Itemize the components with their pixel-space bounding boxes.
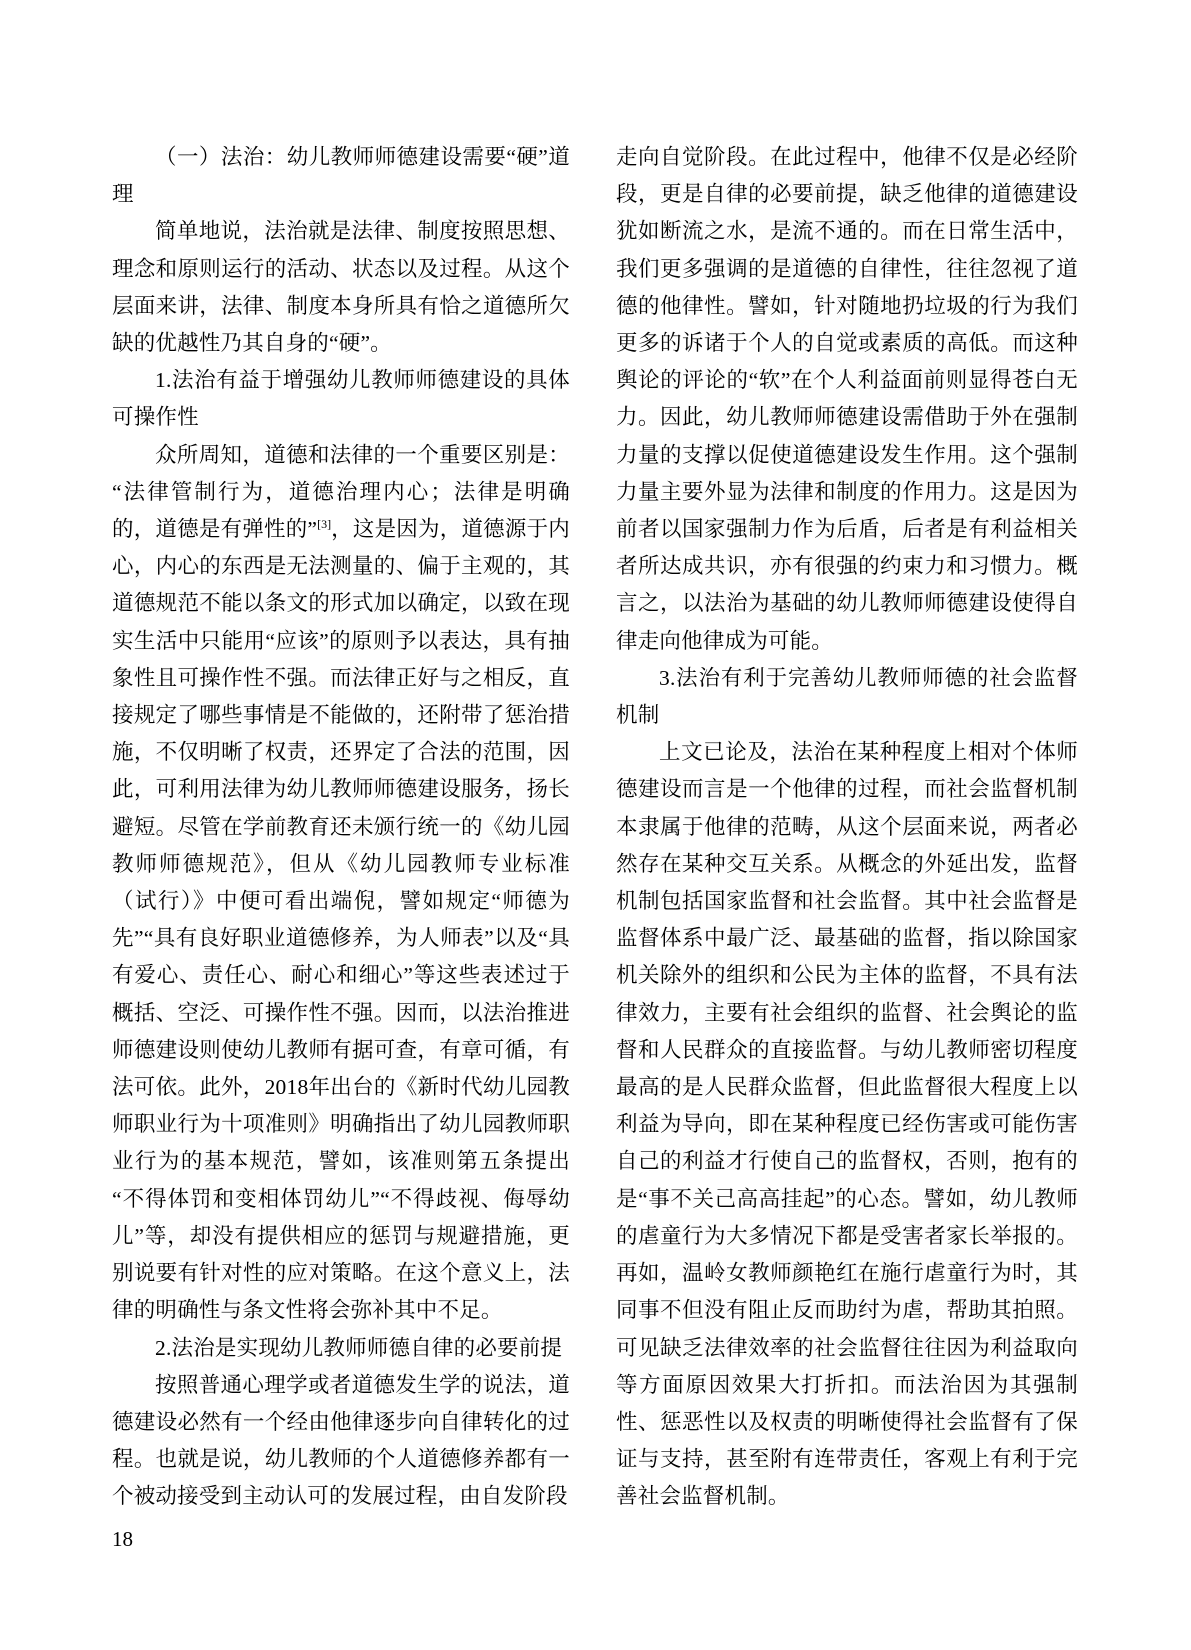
sub-heading: 3.法治有利于完善幼儿教师师德的社会监督机制 — [616, 660, 1078, 734]
text-run: 1.法治有益于增强幼儿教师师德建设的具体可操作性 — [112, 368, 570, 429]
text-column-right: 走向自觉阶段。在此过程中，他律不仅是必经阶段，更是自律的必要前提，缺乏他律的道德… — [616, 139, 1078, 1519]
text-run: 上文已论及，法治在某种程度上相对个体师德建设而言是一个他律的过程，而社会监督机制… — [616, 740, 1078, 1508]
paragraph: 众所周知，道德和法律的一个重要区别是：“法律管制行为，道德治理内心；法律是明确的… — [112, 437, 570, 1330]
text-run: ，这是因为，道德源于内心，内心的东西是无法测量的、偏于主观的，其道德规范不能以条… — [112, 517, 570, 1322]
text-run: 3.法治有利于完善幼儿教师师德的社会监督机制 — [616, 666, 1078, 727]
text-column-left: （一）法治：幼儿教师师德建设需要“硬”道理简单地说，法治就是法律、制度按照思想、… — [112, 139, 570, 1519]
paragraph-continuation: 走向自觉阶段。在此过程中，他律不仅是必经阶段，更是自律的必要前提，缺乏他律的道德… — [616, 139, 1078, 660]
text-run: （一）法治：幼儿教师师德建设需要“硬”道理 — [112, 145, 570, 206]
sub-heading: 2.法治是实现幼儿教师师德自律的必要前提 — [112, 1330, 570, 1367]
text-run: 走向自觉阶段。在此过程中，他律不仅是必经阶段，更是自律的必要前提，缺乏他律的道德… — [616, 145, 1078, 653]
footnote-ref: [3] — [317, 517, 331, 531]
document-page: （一）法治：幼儿教师师德建设需要“硬”道理简单地说，法治就是法律、制度按照思想、… — [0, 0, 1191, 1650]
sub-heading: 1.法治有益于增强幼儿教师师德建设的具体可操作性 — [112, 362, 570, 436]
text-run: 2.法治是实现幼儿教师师德自律的必要前提 — [155, 1336, 562, 1360]
paragraph: 上文已论及，法治在某种程度上相对个体师德建设而言是一个他律的过程，而社会监督机制… — [616, 734, 1078, 1515]
text-run: 简单地说，法治就是法律、制度按照思想、理念和原则运行的活动、状态以及过程。从这个… — [112, 219, 570, 355]
page-number: 18 — [112, 1524, 133, 1554]
text-run: 按照普通心理学或者道德发生学的说法，道德建设必然有一个经由他律逐步向自律转化的过… — [112, 1373, 570, 1509]
section-heading: （一）法治：幼儿教师师德建设需要“硬”道理 — [112, 139, 570, 213]
paragraph: 按照普通心理学或者道德发生学的说法，道德建设必然有一个经由他律逐步向自律转化的过… — [112, 1367, 570, 1516]
paragraph: 简单地说，法治就是法律、制度按照思想、理念和原则运行的活动、状态以及过程。从这个… — [112, 213, 570, 362]
